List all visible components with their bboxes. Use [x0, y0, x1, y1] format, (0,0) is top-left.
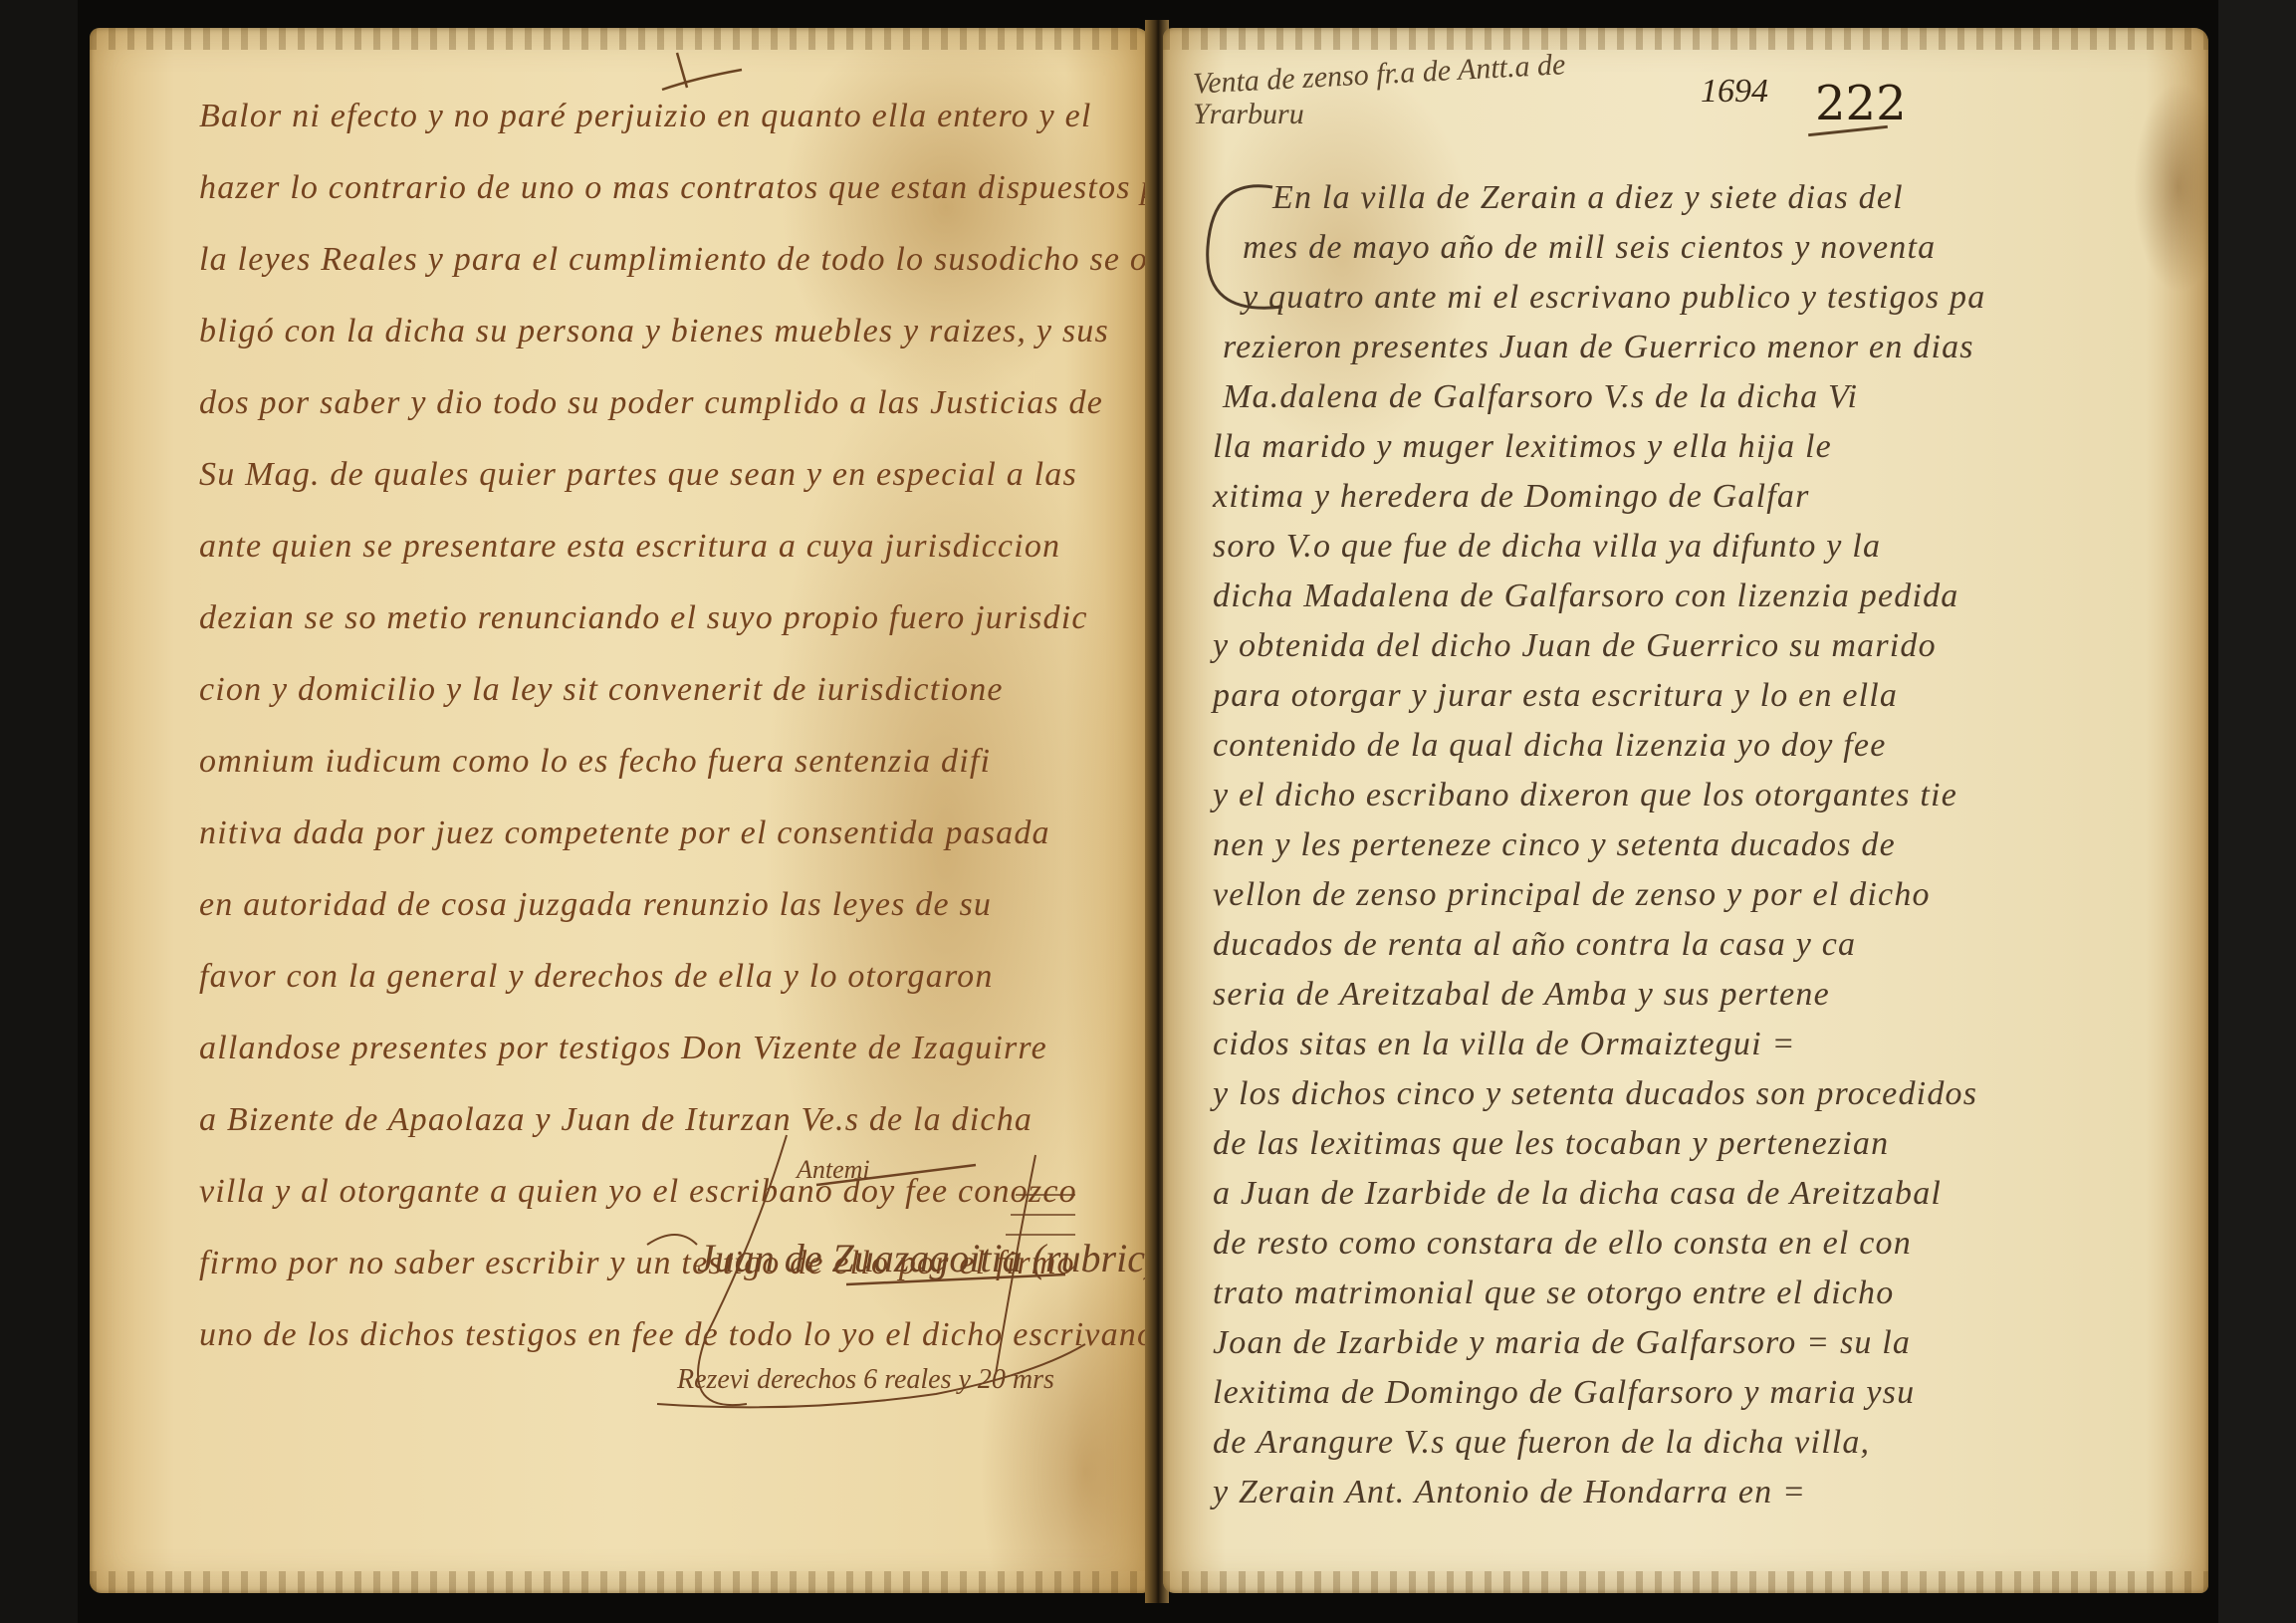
text-line: mes de mayo año de mill seis cientos y n…	[1243, 229, 1936, 267]
text-line: cidos sitas en la villa de Ormaiztegui =	[1213, 1026, 1796, 1063]
cross-mark-icon	[657, 48, 747, 98]
signature-notary: Juan de Zuazagoitia (rubric)	[697, 1235, 1158, 1281]
deckled-edge-bottom	[1163, 1571, 2208, 1593]
text-line: Su Mag. de quales quier partes que sean …	[199, 456, 1077, 494]
text-line: soro V.o que fue de dicha villa ya difun…	[1213, 528, 1881, 566]
marginal-heading-line-2: Yrarburu	[1193, 98, 1304, 131]
text-line: y obtenida del dicho Juan de Guerrico su…	[1213, 627, 1937, 665]
fee-note: Rezevi derechos 6 reales y 20 mrs	[677, 1364, 1054, 1396]
text-line: a Juan de Izarbide de la dicha casa de A…	[1213, 1175, 1942, 1213]
text-line: cion y domicilio y la ley sit convenerit…	[199, 671, 1004, 709]
text-line: dos por saber y dio todo su poder cumpli…	[199, 384, 1103, 422]
text-line: y Zerain Ant. Antonio de Hondarra en =	[1213, 1474, 1806, 1511]
text-line: En la villa de Zerain a diez y siete dia…	[1272, 179, 1904, 217]
scan-border-right	[2218, 0, 2296, 1623]
text-line: bligó con la dicha su persona y bienes m…	[199, 313, 1109, 350]
text-line: y el dicho escribano dixeron que los oto…	[1213, 777, 1957, 814]
text-line: seria de Areitzabal de Amba y sus perten…	[1213, 976, 1830, 1014]
text-line: lla marido y muger lexitimos y ella hija…	[1213, 428, 1832, 466]
text-line: y los dichos cinco y setenta ducados son…	[1213, 1075, 1977, 1113]
text-line: de las lexitimas que les tocaban y perte…	[1213, 1125, 1889, 1163]
text-line: favor con la general y derechos de ella …	[199, 958, 994, 996]
text-line: y quatro ante mi el escrivano publico y …	[1243, 279, 1985, 317]
right-page: Venta de zenso fr.a de Antt.a de Yrarbur…	[1163, 28, 2208, 1593]
text-line: ante quien se presentare esta escritura …	[199, 528, 1060, 566]
text-line: vellon de zenso principal de zenso y por…	[1213, 876, 1931, 914]
folio-number: 222	[1815, 76, 1907, 131]
text-line: nitiva dada por juez competente por el c…	[199, 814, 1050, 852]
text-line: allandose presentes por testigos Don Viz…	[199, 1030, 1047, 1067]
text-line: dezian se so metio renunciando el suyo p…	[199, 599, 1088, 637]
text-line: de resto como constara de ello consta en…	[1213, 1225, 1912, 1263]
marginal-heading-line-1: Venta de zenso fr.a de Antt.a de	[1192, 48, 1566, 102]
text-line: en autoridad de cosa juzgada renunzio la…	[199, 886, 992, 924]
text-line: contenido de la qual dicha lizenzia yo d…	[1213, 727, 1887, 765]
text-line: Joan de Izarbide y maria de Galfarsoro =…	[1213, 1324, 1911, 1362]
text-line: xitima y heredera de Domingo de Galfar	[1213, 478, 1810, 516]
scan-border-left	[0, 0, 78, 1623]
manuscript-scan: Balor ni efecto y no paré perjuizio en q…	[0, 0, 2296, 1623]
text-line: Ma.dalena de Galfarsoro V.s de la dicha …	[1223, 378, 1858, 416]
text-line: de Arangure V.s que fueron de la dicha v…	[1213, 1424, 1870, 1462]
text-line: nen y les perteneze cinco y setenta duca…	[1213, 826, 1896, 864]
text-line: rezieron presentes Juan de Guerrico meno…	[1223, 329, 1974, 366]
text-line: la leyes Reales y para el cumplimiento d…	[199, 241, 1148, 279]
text-line: trato matrimonial que se otorgo entre el…	[1213, 1275, 1894, 1312]
text-line: ducados de renta al año contra la casa y…	[1213, 926, 1856, 964]
signature-antemi: Antemi	[797, 1155, 870, 1185]
signature-block: Antemi Juan de Zuazagoitia (rubric) Reze…	[637, 1115, 1195, 1444]
text-line: dicha Madalena de Galfarsoro con lizenzi…	[1213, 578, 1959, 615]
deckled-edge-top	[1163, 28, 2208, 50]
text-line: hazer lo contrario de uno o mas contrato…	[199, 169, 1150, 207]
deckled-edge-bottom	[90, 1571, 1150, 1593]
year-annotation: 1694	[1701, 73, 1768, 111]
text-line: omnium iudicum como lo es fecho fuera se…	[199, 743, 991, 781]
text-line: para otorgar y jurar esta escritura y lo…	[1213, 677, 1898, 715]
text-line: lexitima de Domingo de Galfarsoro y mari…	[1213, 1374, 1915, 1412]
text-line: Balor ni efecto y no paré perjuizio en q…	[199, 98, 1092, 135]
deckled-edge-top	[90, 28, 1150, 50]
